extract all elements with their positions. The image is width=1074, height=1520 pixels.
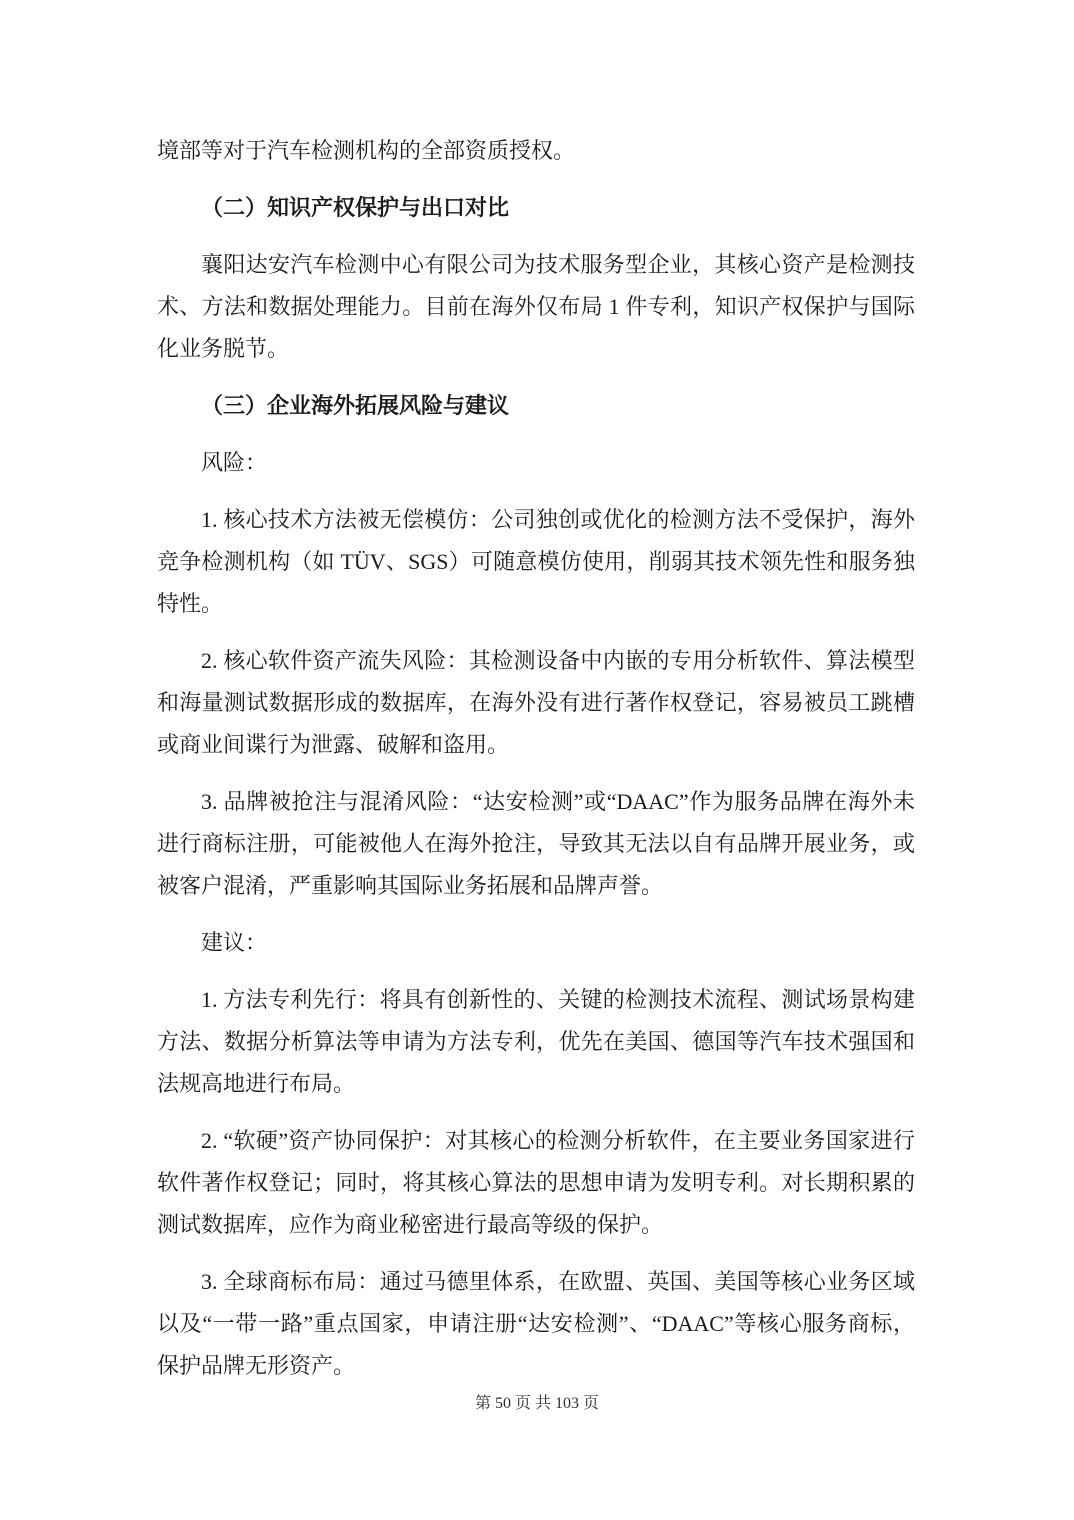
risk-item-2: 2. 核心软件资产流失风险：其检测设备中内嵌的专用分析软件、算法模型和海量测试数… [157, 640, 915, 766]
suggestion-item-1: 1. 方法专利先行：将具有创新性的、关键的检测技术流程、测试场景构建方法、数据分… [157, 979, 915, 1105]
risk-item-1: 1. 核心技术方法被无偿模仿：公司独创或优化的检测方法不受保护，海外竞争检测机构… [157, 499, 915, 625]
page-number-text: 第 50 页 共 103 页 [475, 1395, 599, 1412]
suggestion-item-2: 2. “软硬”资产协同保护：对其核心的检测分析软件，在主要业务国家进行软件著作权… [157, 1120, 915, 1246]
paragraph-company-overview: 襄阳达安汽车检测中心有限公司为技术服务型企业，其核心资产是检测技术、方法和数据处… [157, 244, 915, 370]
risks-label: 风险： [157, 442, 915, 484]
document-page: 境部等对于汽车检测机构的全部资质授权。 （二）知识产权保护与出口对比 襄阳达安汽… [0, 0, 1074, 1520]
section-heading-ii: （二）知识产权保护与出口对比 [157, 187, 915, 229]
section-heading-iii: （三）企业海外拓展风险与建议 [157, 385, 915, 427]
paragraph-continuation: 境部等对于汽车检测机构的全部资质授权。 [157, 130, 915, 172]
suggestion-item-3: 3. 全球商标布局：通过马德里体系，在欧盟、英国、美国等核心业务区域以及“一带一… [157, 1261, 915, 1387]
suggestions-label: 建议： [157, 922, 915, 964]
page-footer: 第 50 页 共 103 页 [0, 1392, 1074, 1416]
risk-item-3: 3. 品牌被抢注与混淆风险：“达安检测”或“DAAC”作为服务品牌在海外未进行商… [157, 781, 915, 907]
document-body: 境部等对于汽车检测机构的全部资质授权。 （二）知识产权保护与出口对比 襄阳达安汽… [157, 130, 915, 1402]
